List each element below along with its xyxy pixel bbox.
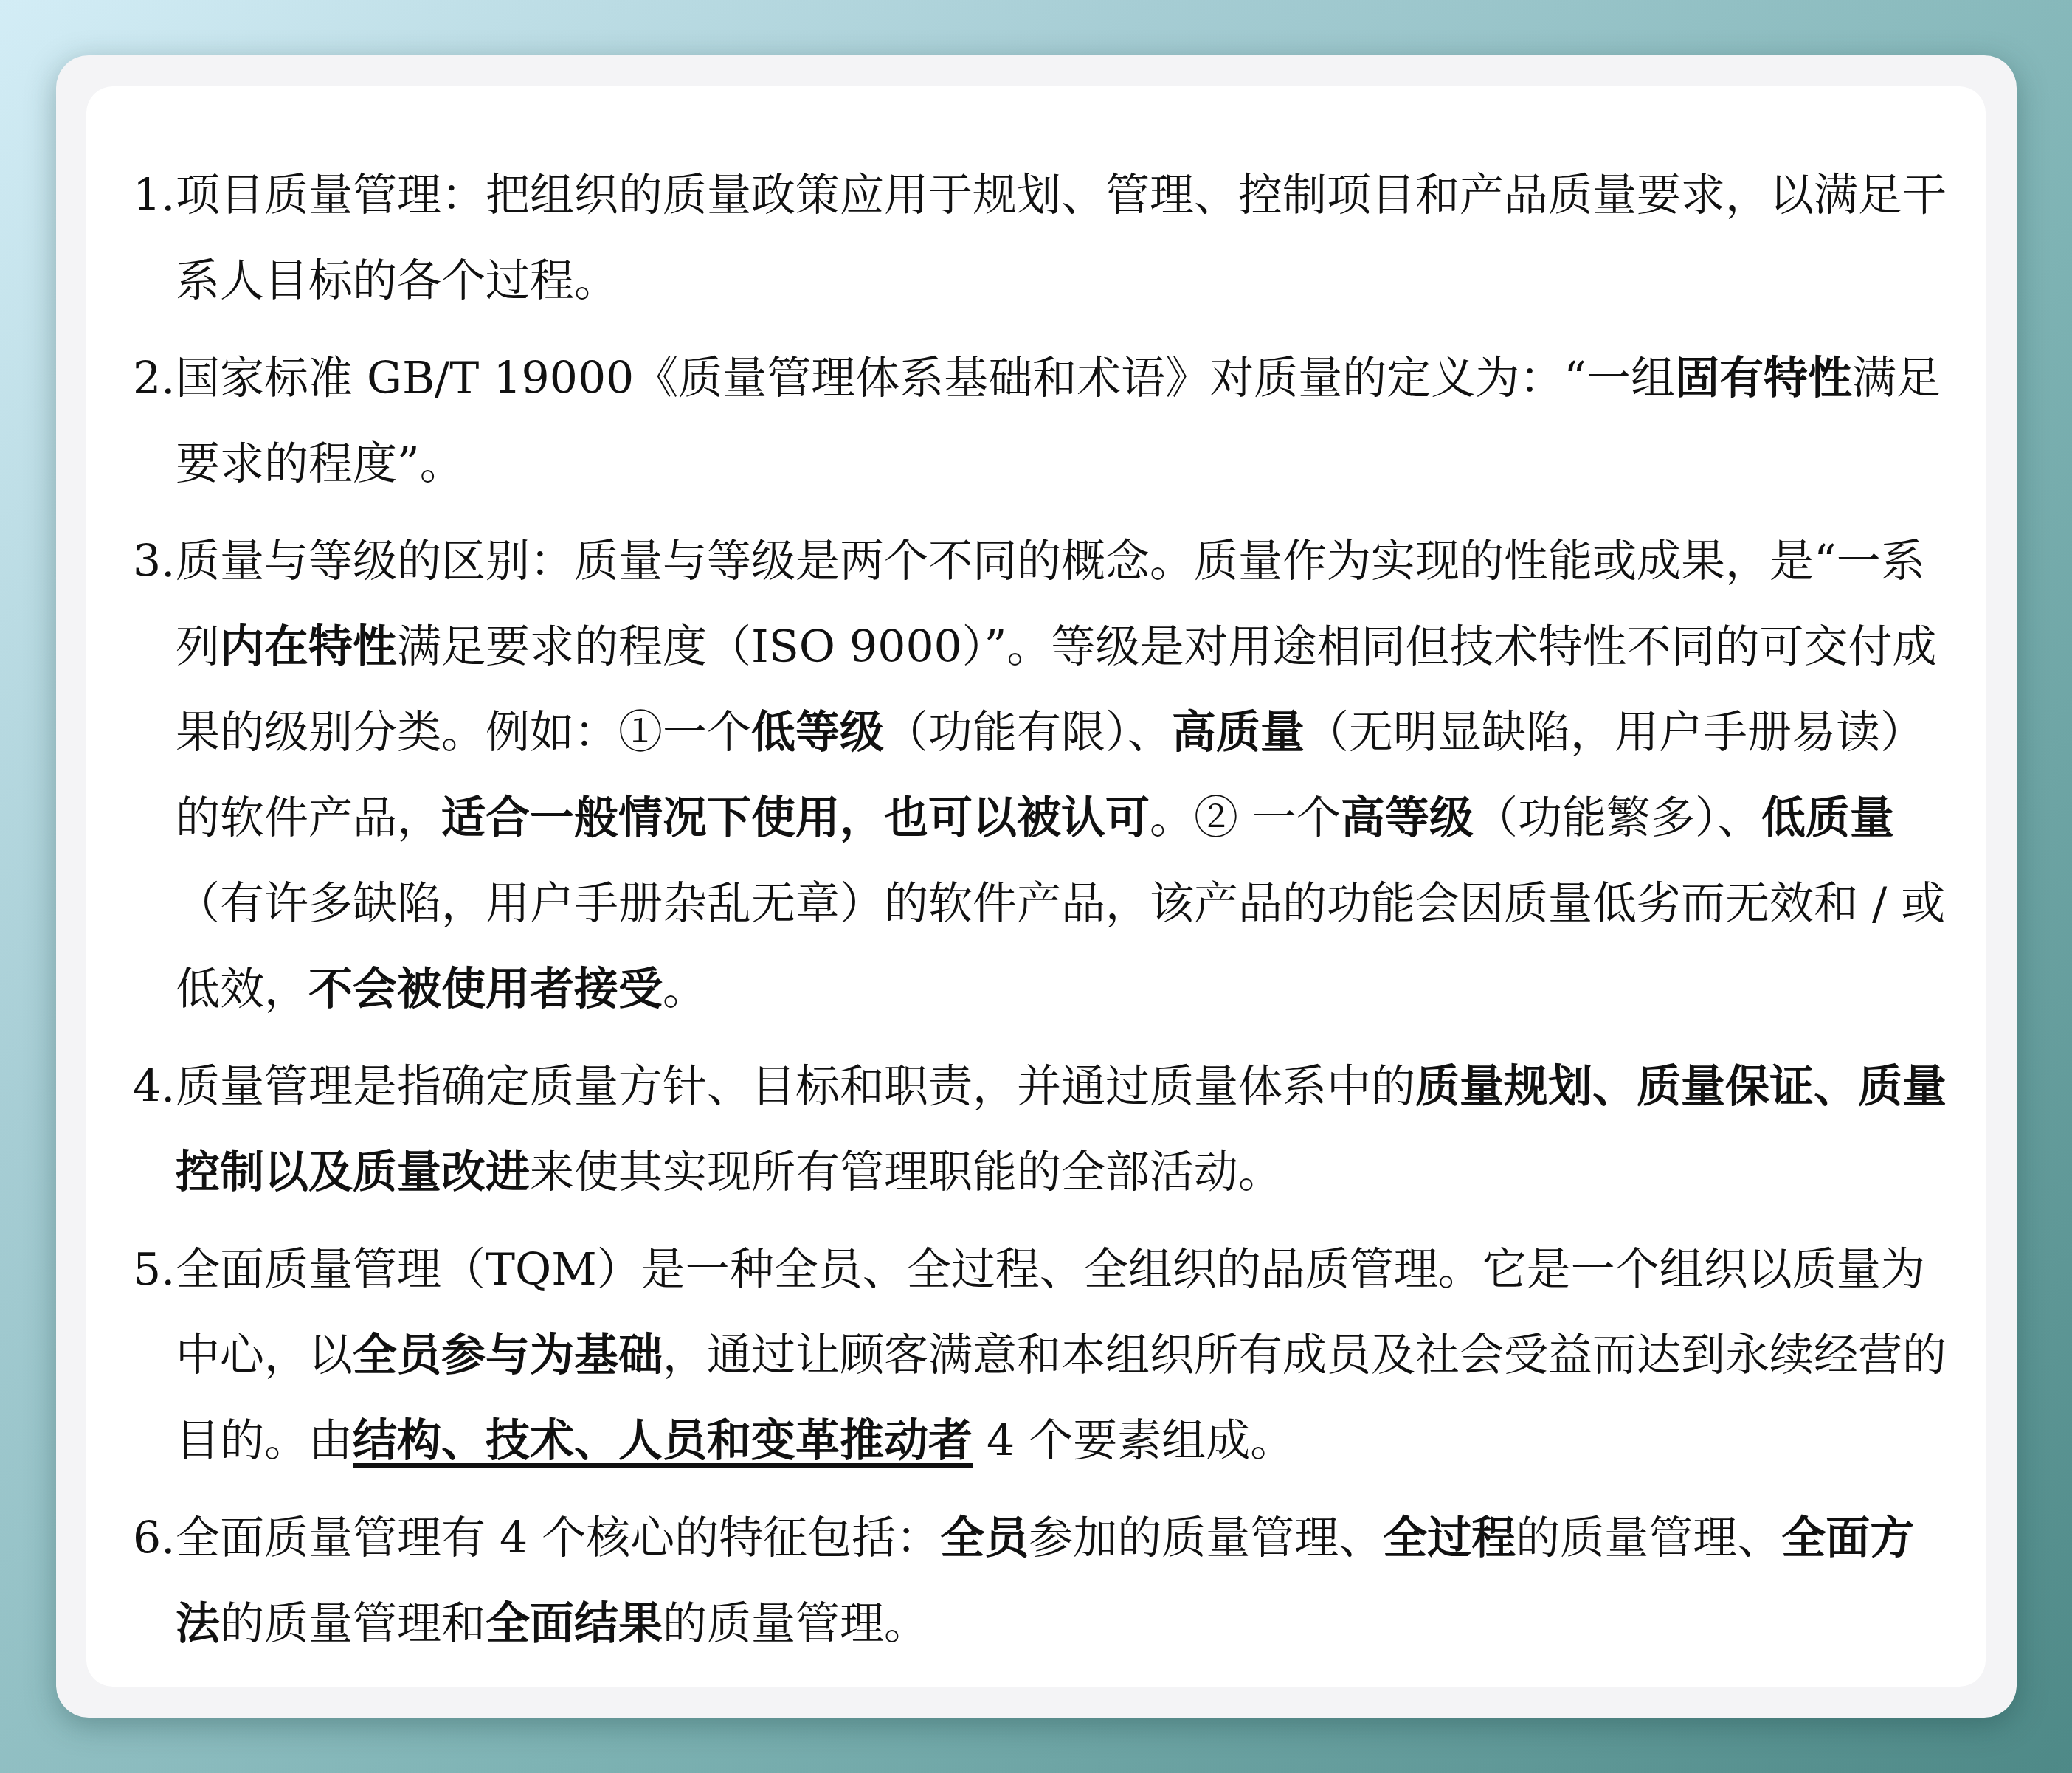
list-item-4: 4. 质量管理是指确定质量方针、目标和职责，并通过质量体系中的质量规划、质量保证…: [133, 1044, 1952, 1215]
list-item-5: 5. 全面质量管理（TQM）是一种全员、全过程、全组织的品质管理。它是一个组织以…: [133, 1227, 1952, 1484]
text-segment: 来使其实现所有管理职能的全部活动。: [530, 1147, 1282, 1198]
item-text: 质量与等级的区别：质量与等级是两个不同的概念。质量作为实现的性能或成果，是“一系…: [176, 519, 1952, 1032]
bold-term: 不会被使用者接受: [308, 964, 663, 1015]
text-segment: （功能有限）、: [884, 707, 1172, 758]
text-segment: 参加的质量管理、: [1029, 1513, 1383, 1564]
text-segment: 的质量管理、: [1516, 1513, 1781, 1564]
text-segment: （功能繁多）、: [1474, 792, 1761, 844]
bold-term: 低等级: [751, 707, 884, 758]
bold-term: 全员: [940, 1513, 1029, 1564]
bold-term: 全过程: [1383, 1513, 1516, 1564]
notes-list: 1. 项目质量管理：把组织的质量政策应用于规划、管理、控制项目和产品质量要求，以…: [133, 153, 1952, 1679]
item-number: 1.: [133, 153, 176, 324]
text-segment: 质量管理是指确定质量方针、目标和职责，并通过质量体系中的: [176, 1061, 1415, 1113]
list-item-6: 6. 全面质量管理有 4 个核心的特征包括：全员参加的质量管理、全过程的质量管理…: [133, 1496, 1952, 1667]
content-card: 1. 项目质量管理：把组织的质量政策应用于规划、管理、控制项目和产品质量要求，以…: [86, 86, 1986, 1687]
bold-term: 高质量: [1172, 707, 1305, 758]
item-number: 3.: [133, 519, 176, 1032]
list-item-2: 2. 国家标准 GB/T 19000《质量管理体系基础和术语》对质量的定义为：“…: [133, 336, 1952, 507]
text-segment: 4 个要素组成。: [973, 1415, 1294, 1467]
item-text: 质量管理是指确定质量方针、目标和职责，并通过质量体系中的质量规划、质量保证、质量…: [176, 1044, 1952, 1215]
list-item-3: 3. 质量与等级的区别：质量与等级是两个不同的概念。质量作为实现的性能或成果，是…: [133, 519, 1952, 1032]
text-segment: 的质量管理。: [663, 1598, 928, 1650]
bold-term: 固有特性: [1675, 353, 1852, 404]
bold-term: 全员参与为基础: [353, 1330, 663, 1381]
bold-term: 内在特性: [220, 621, 397, 673]
item-text: 全面质量管理有 4 个核心的特征包括：全员参加的质量管理、全过程的质量管理、全面…: [176, 1496, 1952, 1667]
item-number: 6.: [133, 1496, 176, 1667]
item-text: 国家标准 GB/T 19000《质量管理体系基础和术语》对质量的定义为：“一组固…: [176, 336, 1952, 507]
underlined-term: 结构、技术、人员和变革推动者: [353, 1415, 973, 1467]
bold-term: 低质量: [1761, 792, 1894, 844]
list-item-1: 1. 项目质量管理：把组织的质量政策应用于规划、管理、控制项目和产品质量要求，以…: [133, 153, 1952, 324]
item-text: 项目质量管理：把组织的质量政策应用于规划、管理、控制项目和产品质量要求，以满足干…: [176, 153, 1952, 324]
bold-term: 全面结果: [486, 1598, 663, 1650]
text-segment: 国家标准 GB/T 19000《质量管理体系基础和术语》对质量的定义为：“一组: [176, 353, 1675, 404]
bold-term: 适合一般情况下使用，也可以被认可: [441, 792, 1150, 844]
item-text: 全面质量管理（TQM）是一种全员、全过程、全组织的品质管理。它是一个组织以质量为…: [176, 1227, 1952, 1484]
text-segment: 的质量管理和: [220, 1598, 486, 1650]
text-segment: 全面质量管理有 4 个核心的特征包括：: [176, 1513, 940, 1564]
item-number: 4.: [133, 1044, 176, 1215]
bold-term: 高等级: [1341, 792, 1474, 844]
text-segment: 。② 一个: [1150, 792, 1341, 844]
item-number: 5.: [133, 1227, 176, 1484]
outer-card: 1. 项目质量管理：把组织的质量政策应用于规划、管理、控制项目和产品质量要求，以…: [56, 55, 2017, 1718]
item-number: 2.: [133, 336, 176, 507]
text-segment: 项目质量管理：把组织的质量政策应用于规划、管理、控制项目和产品质量要求，以满足干…: [176, 170, 1947, 307]
text-segment: 。: [663, 964, 707, 1015]
